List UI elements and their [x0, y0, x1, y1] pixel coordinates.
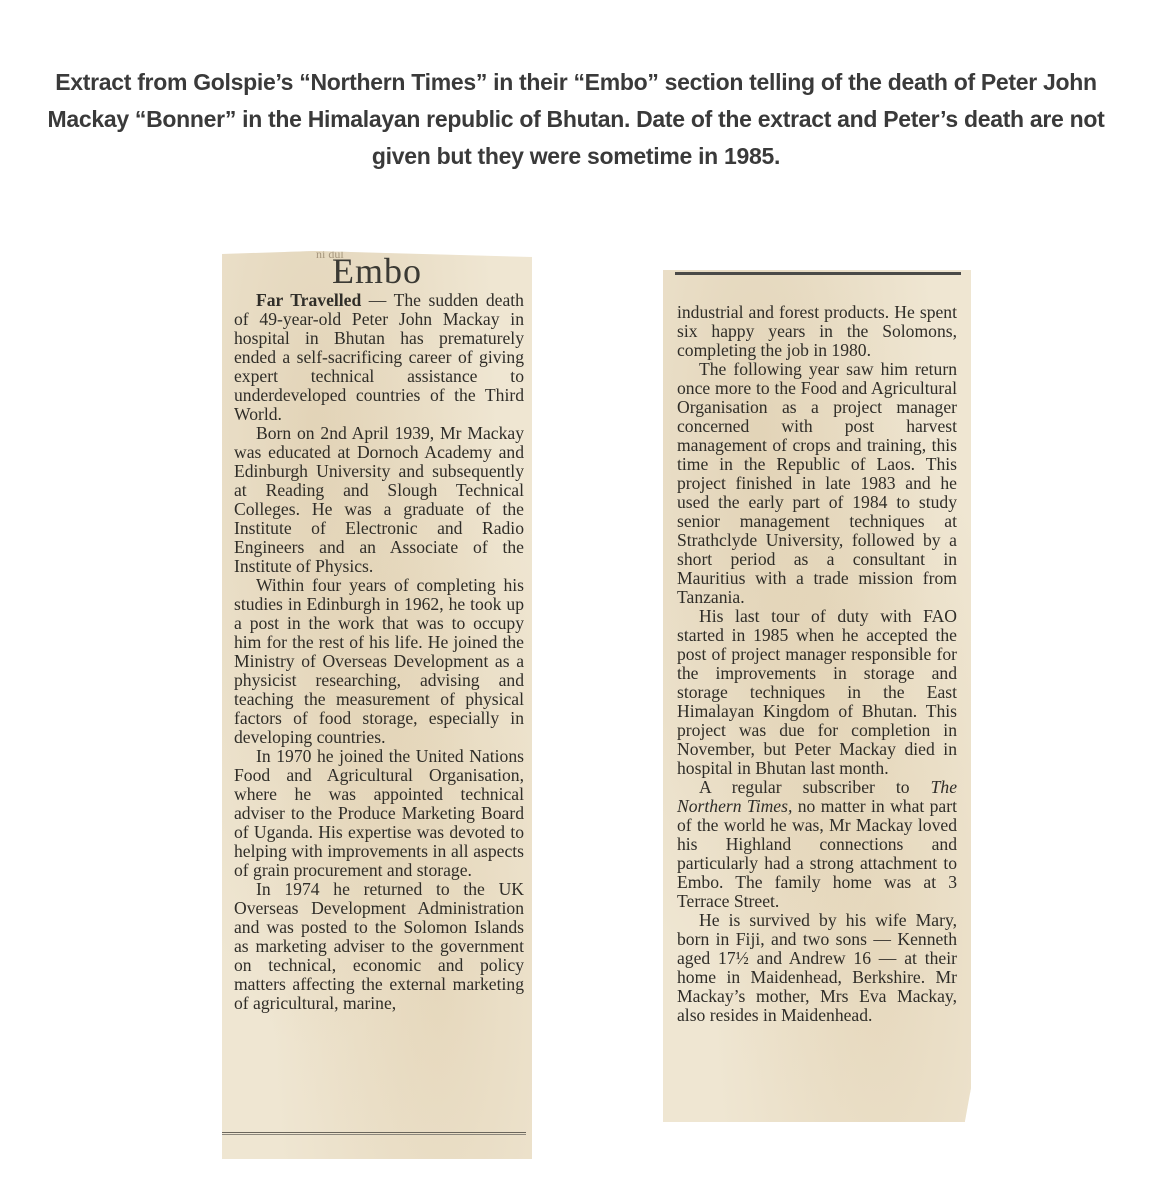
- kicker-headline: Far Travelled: [256, 290, 361, 310]
- paragraph: In 1970 he joined the United Nations Foo…: [234, 747, 524, 880]
- newspaper-clipping-left: ni dul Embo Far Travelled — The sudden d…: [222, 251, 532, 1159]
- paragraph-text: — The sudden death of 49-year-old Peter …: [234, 290, 524, 424]
- paragraph: Within four years of completing his stud…: [234, 576, 524, 747]
- paragraph: His last tour of duty with FAO started i…: [677, 607, 957, 778]
- paragraph-text: A regular subscriber to: [699, 777, 931, 797]
- paragraph: Far Travelled — The sudden death of 49-y…: [234, 291, 524, 424]
- section-masthead: Embo: [222, 251, 532, 291]
- paragraph: The following year saw him return once m…: [677, 360, 957, 607]
- column-rule: [222, 1132, 526, 1133]
- column-rule: [222, 1134, 526, 1135]
- paragraph: In 1974 he returned to the UK Overseas D…: [234, 880, 524, 1013]
- paragraph: industrial and forest products. He spent…: [677, 303, 957, 360]
- article-column-right: industrial and forest products. He spent…: [677, 303, 957, 1025]
- caption: Extract from Golspie’s “Northern Times” …: [20, 64, 1132, 175]
- paragraph: A regular subscriber to The Northern Tim…: [677, 778, 957, 911]
- paragraph: He is survived by his wife Mary, born in…: [677, 911, 957, 1025]
- paragraph: Born on 2nd April 1939, Mr Mackay was ed…: [234, 424, 524, 576]
- newspaper-clipping-right: industrial and forest products. He spent…: [663, 270, 971, 1122]
- article-column-left: Far Travelled — The sudden death of 49-y…: [234, 291, 524, 1013]
- column-top-rule: [675, 272, 961, 275]
